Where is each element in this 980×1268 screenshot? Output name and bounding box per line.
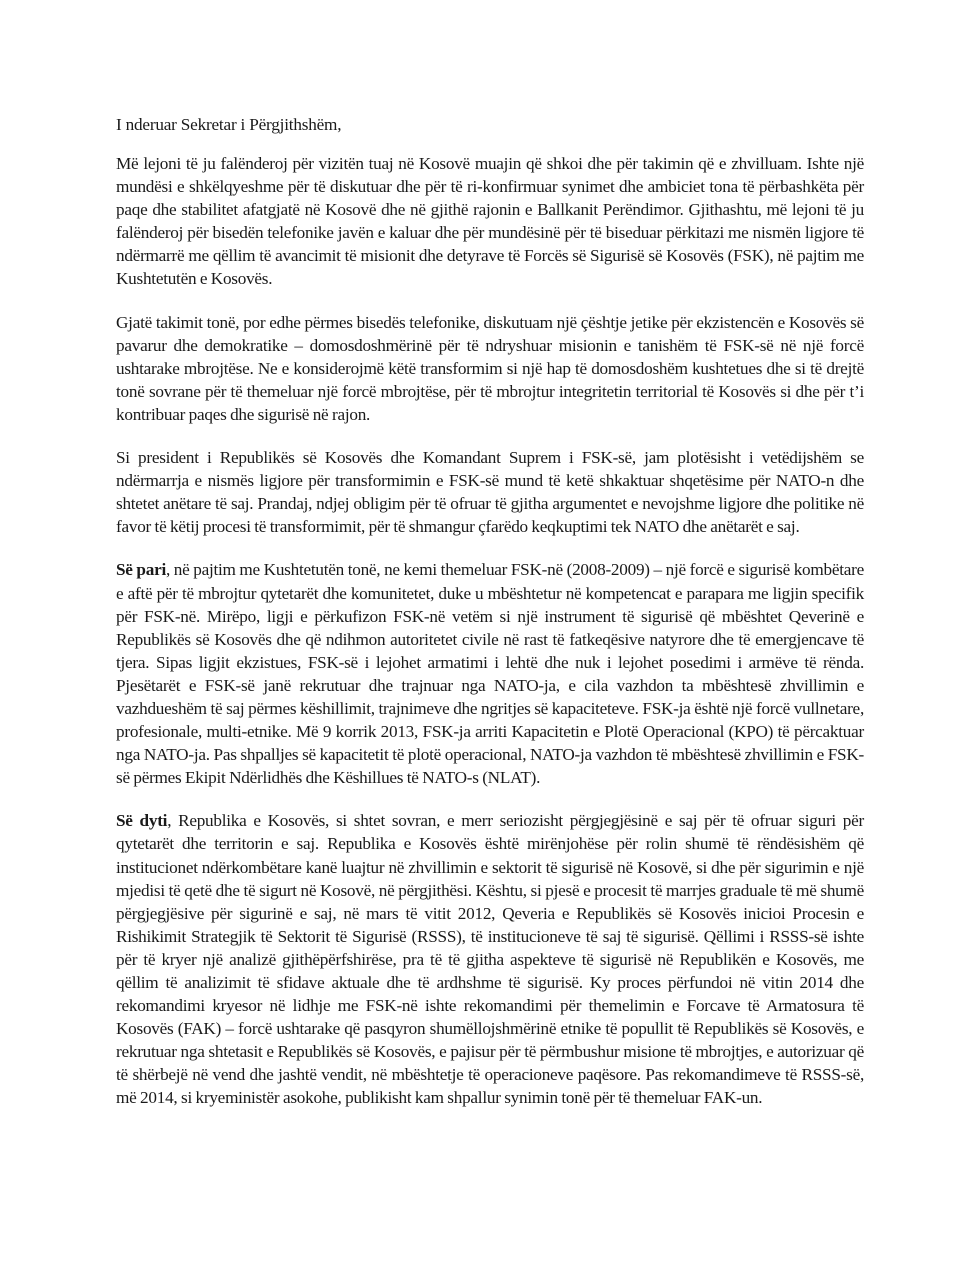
paragraph-lead: Së pari <box>116 560 166 579</box>
paragraph-lead: Së dyti <box>116 811 167 830</box>
paragraph-text: Gjatë takimit tonë, por edhe përmes bise… <box>116 313 864 424</box>
paragraph-president-statement: Si president i Republikës së Kosovës dhe… <box>116 446 864 538</box>
paragraph-text: Si president i Republikës së Kosovës dhe… <box>116 448 864 536</box>
paragraph-first-point: Së pari, në pajtim me Kushtetutën tonë, … <box>116 558 864 789</box>
salutation: I nderuar Sekretar i Përgjithshëm, <box>116 114 864 136</box>
paragraph-thanks: Më lejoni të ju falënderoj për vizitën t… <box>116 152 864 291</box>
paragraph-text: , në pajtim me Kushtetutën tonë, ne kemi… <box>116 560 864 787</box>
paragraph-text: , Republika e Kosovës, si shtet sovran, … <box>116 811 864 1107</box>
letter-page: I nderuar Sekretar i Përgjithshëm, Më le… <box>116 114 864 1130</box>
paragraph-discussion: Gjatë takimit tonë, por edhe përmes bise… <box>116 311 864 426</box>
paragraph-second-point: Së dyti, Republika e Kosovës, si shtet s… <box>116 809 864 1109</box>
paragraph-text: Më lejoni të ju falënderoj për vizitën t… <box>116 154 864 288</box>
